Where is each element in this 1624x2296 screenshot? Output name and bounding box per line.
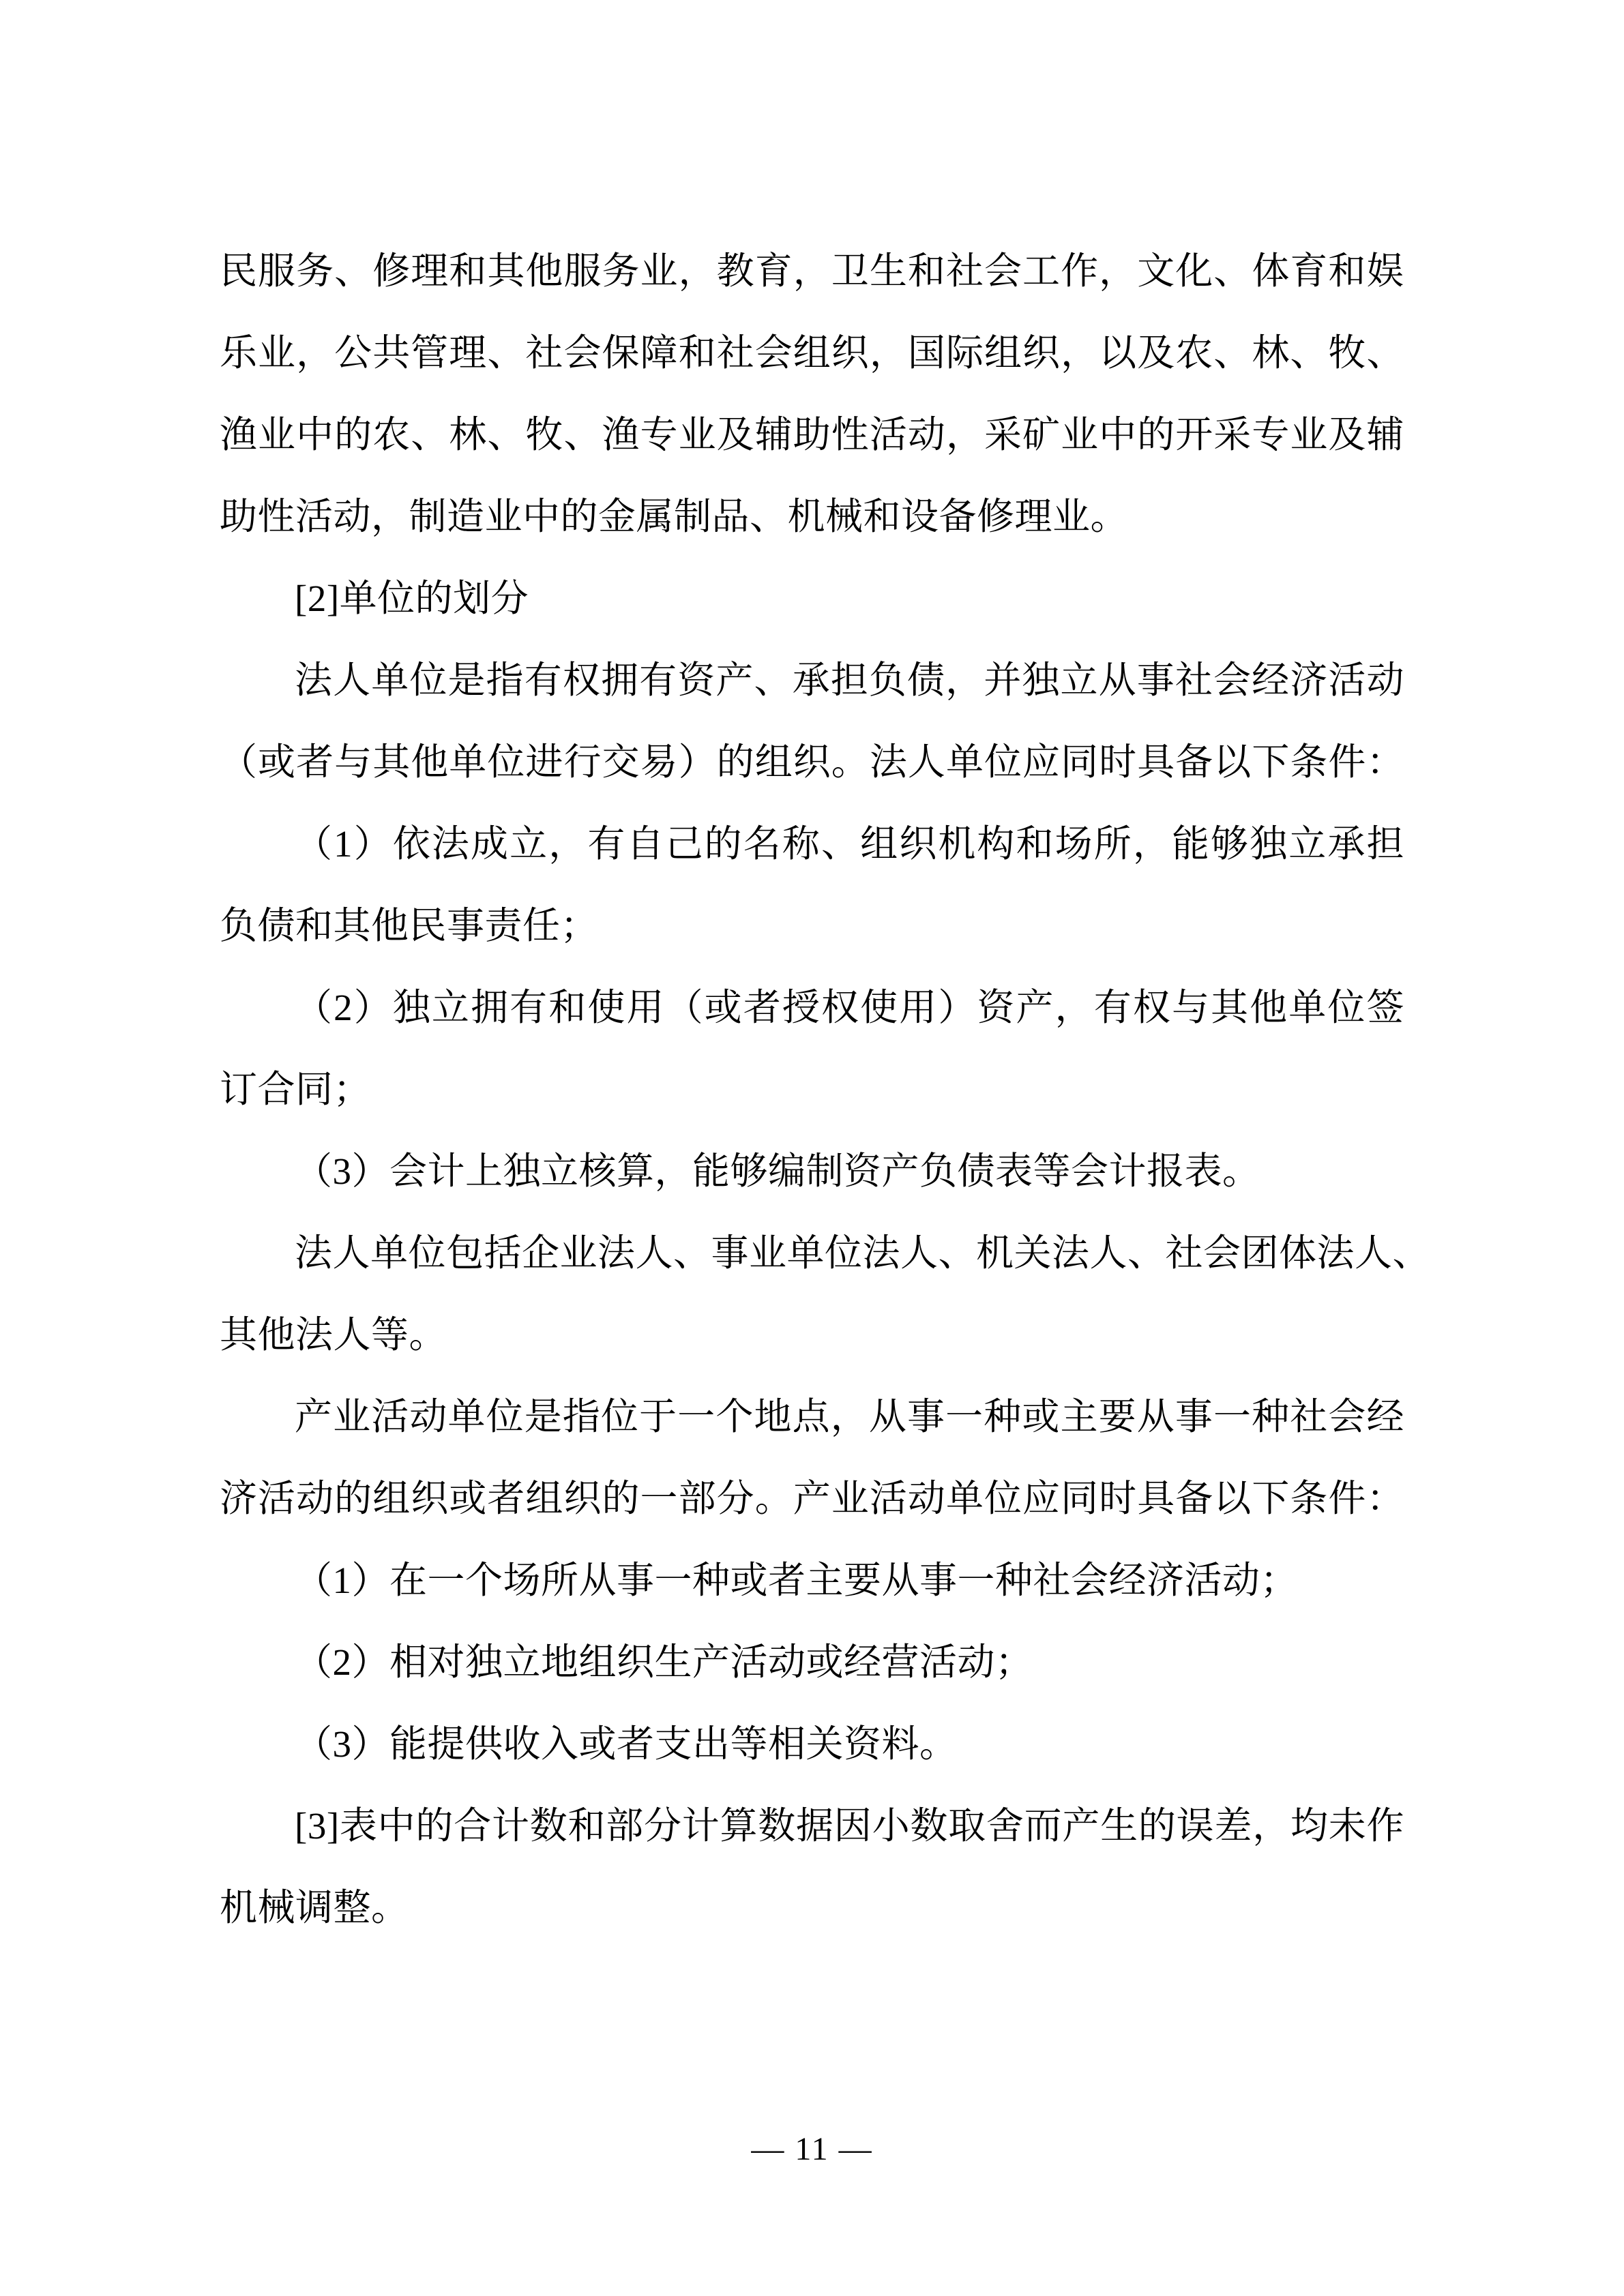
text-line: 渔业中的农、林、牧、渔专业及辅助性活动，采矿业中的开采专业及辅	[220, 394, 1404, 476]
condition-1: （1）依法成立，有自己的名称、组织机构和场所，能够独立承担 负债和其他民事责任；	[220, 803, 1404, 967]
paragraph-industrial-activity-unit: 产业活动单位是指位于一个地点，从事一种或主要从事一种社会经 济活动的组织或者组织…	[220, 1376, 1404, 1540]
text-line: [3]表中的合计数和部分计算数据因小数取舍而产生的误差，均未作	[220, 1785, 1404, 1867]
text-line: [2]单位的划分	[220, 558, 1404, 640]
paragraph-legal-unit-definition: 法人单位是指有权拥有资产、承担负债，并独立从事社会经济活动 （或者与其他单位进行…	[220, 640, 1404, 803]
text-line: 产业活动单位是指位于一个地点，从事一种或主要从事一种社会经	[220, 1376, 1404, 1458]
paragraph-continued: 民服务、修理和其他服务业，教育，卫生和社会工作，文化、体育和娱 乐业，公共管理、…	[220, 230, 1404, 558]
note-2-heading: [2]单位的划分	[220, 558, 1404, 640]
text-line: 负债和其他民事责任；	[220, 885, 1404, 967]
text-line: 乐业，公共管理、社会保障和社会组织，国际组织，以及农、林、牧、	[220, 312, 1404, 394]
text-line: （1）在一个场所从事一种或者主要从事一种社会经济活动；	[220, 1540, 1404, 1622]
page-number: — 11 —	[751, 2131, 872, 2167]
industrial-condition-2: （2）相对独立地组织生产活动或经营活动；	[220, 1622, 1404, 1703]
text-line: （1）依法成立，有自己的名称、组织机构和场所，能够独立承担	[220, 803, 1404, 885]
text-line: 订合同；	[220, 1049, 1404, 1131]
text-line: （3）能提供收入或者支出等相关资料。	[220, 1703, 1404, 1785]
page-footer: — 11 —	[0, 2130, 1624, 2168]
text-line: 法人单位包括企业法人、事业单位法人、机关法人、社会团体法人、	[220, 1212, 1404, 1294]
text-line: （2）相对独立地组织生产活动或经营活动；	[220, 1622, 1404, 1703]
industrial-condition-1: （1）在一个场所从事一种或者主要从事一种社会经济活动；	[220, 1540, 1404, 1622]
document-page: 民服务、修理和其他服务业，教育，卫生和社会工作，文化、体育和娱 乐业，公共管理、…	[0, 0, 1624, 2296]
condition-3: （3）会计上独立核算，能够编制资产负债表等会计报表。	[220, 1131, 1404, 1212]
text-line: 机械调整。	[220, 1867, 1404, 1949]
paragraph-legal-unit-types: 法人单位包括企业法人、事业单位法人、机关法人、社会团体法人、 其他法人等。	[220, 1212, 1404, 1376]
text-line: 民服务、修理和其他服务业，教育，卫生和社会工作，文化、体育和娱	[220, 230, 1404, 312]
text-line: 其他法人等。	[220, 1294, 1404, 1376]
text-line: （2）独立拥有和使用（或者授权使用）资产，有权与其他单位签	[220, 967, 1404, 1049]
text-line: 济活动的组织或者组织的一部分。产业活动单位应同时具备以下条件：	[220, 1458, 1404, 1540]
text-line: （或者与其他单位进行交易）的组织。法人单位应同时具备以下条件：	[220, 721, 1404, 803]
text-line: （3）会计上独立核算，能够编制资产负债表等会计报表。	[220, 1131, 1404, 1212]
text-line: 助性活动，制造业中的金属制品、机械和设备修理业。	[220, 476, 1404, 558]
condition-2: （2）独立拥有和使用（或者授权使用）资产，有权与其他单位签 订合同；	[220, 967, 1404, 1131]
page-body: 民服务、修理和其他服务业，教育，卫生和社会工作，文化、体育和娱 乐业，公共管理、…	[220, 230, 1404, 1949]
industrial-condition-3: （3）能提供收入或者支出等相关资料。	[220, 1703, 1404, 1785]
note-3-paragraph: [3]表中的合计数和部分计算数据因小数取舍而产生的误差，均未作 机械调整。	[220, 1785, 1404, 1949]
text-line: 法人单位是指有权拥有资产、承担负债，并独立从事社会经济活动	[220, 640, 1404, 721]
